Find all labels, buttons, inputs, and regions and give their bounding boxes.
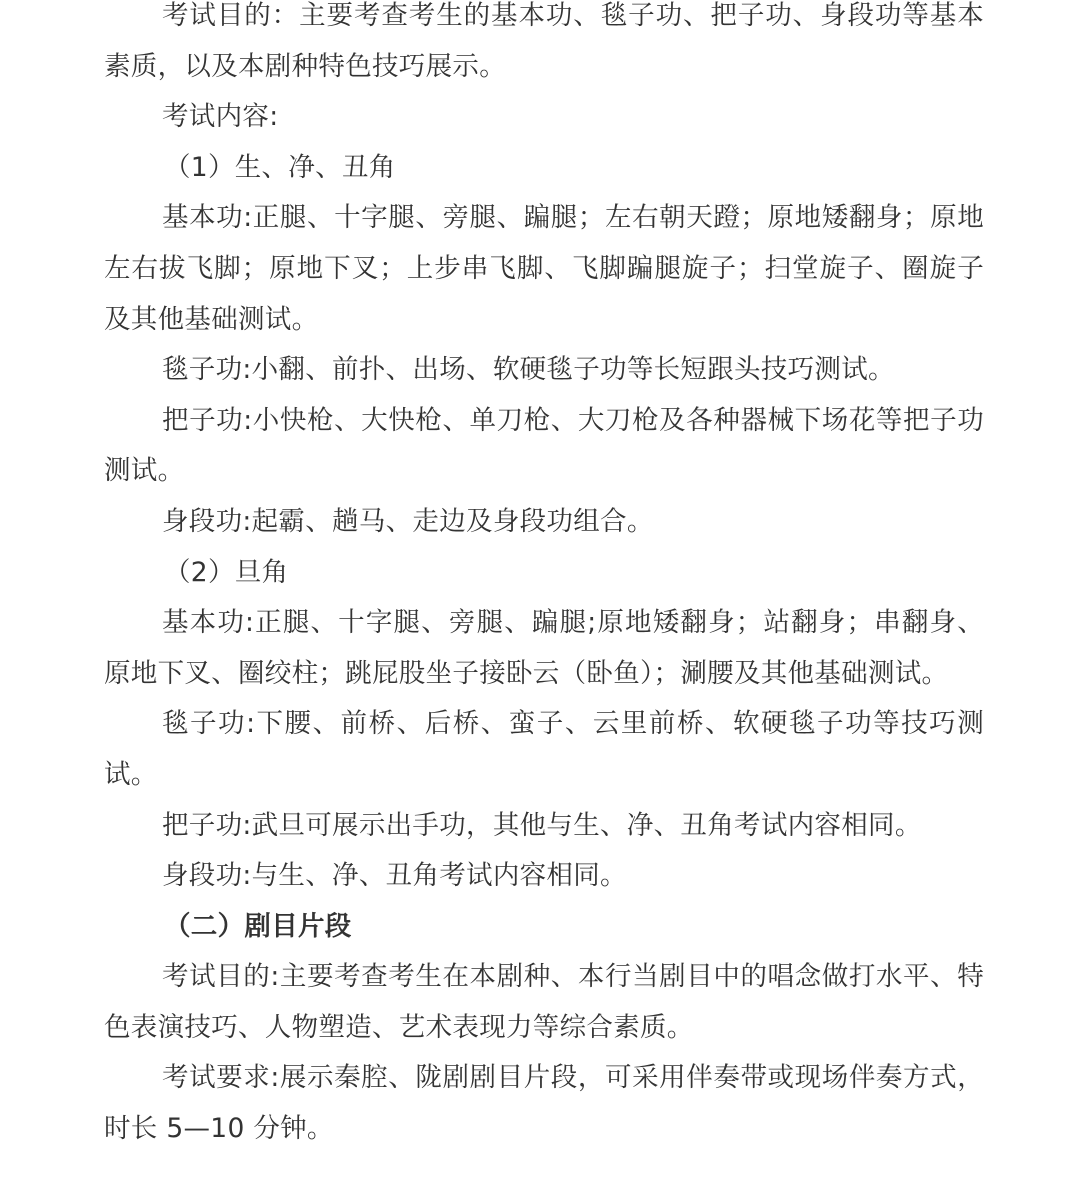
paragraph-tumbling-skills-2: 毯子功:下腰、前桥、后桥、蛮子、云里前桥、软硬毯子功等技巧测试。 (104, 699, 984, 800)
paragraph-weapon-skills-1: 把子功:小快枪、大快枪、单刀枪、大刀枪及各种器械下场花等把子功测试。 (104, 396, 984, 497)
subsection-heading-sheng-jing-chou: （1）生、净、丑角 (104, 143, 984, 194)
paragraph-body-skills-2: 身段功:与生、净、丑角考试内容相同。 (104, 851, 984, 902)
paragraph-body-skills-1: 身段功:起霸、趟马、走边及身段功组合。 (104, 497, 984, 548)
paragraph-tumbling-skills-1: 毯子功:小翻、前扑、出场、软硬毯子功等长短跟头技巧测试。 (104, 345, 984, 396)
paragraph-repertoire-purpose: 考试目的:主要考查考生在本剧种、本行当剧目中的唱念做打水平、特色表演技巧、人物塑… (104, 952, 984, 1053)
paragraph-repertoire-requirements: 考试要求:展示秦腔、陇剧剧目片段，可采用伴奏带或现场伴奏方式，时长 5—10 分… (104, 1053, 984, 1154)
section-heading-repertoire: （二）剧目片段 (104, 902, 984, 953)
paragraph-exam-purpose: 考试目的：主要考查考生的基本功、毯子功、把子功、身段功等基本素质，以及本剧种特色… (104, 0, 984, 92)
paragraph-basic-skills-1: 基本功:正腿、十字腿、旁腿、蹁腿；左右朝天蹬；原地矮翻身；原地左右拔飞脚；原地下… (104, 193, 984, 345)
paragraph-exam-content-label: 考试内容: (104, 92, 984, 143)
document-body: 考试目的：主要考查考生的基本功、毯子功、把子功、身段功等基本素质，以及本剧种特色… (104, 0, 984, 1155)
paragraph-basic-skills-2: 基本功:正腿、十字腿、旁腿、蹁腿;原地矮翻身；站翻身；串翻身、原地下叉、圈绞柱；… (104, 598, 984, 699)
subsection-heading-dan: （2）旦角 (104, 548, 984, 599)
paragraph-weapon-skills-2: 把子功:武旦可展示出手功，其他与生、净、丑角考试内容相同。 (104, 801, 984, 852)
